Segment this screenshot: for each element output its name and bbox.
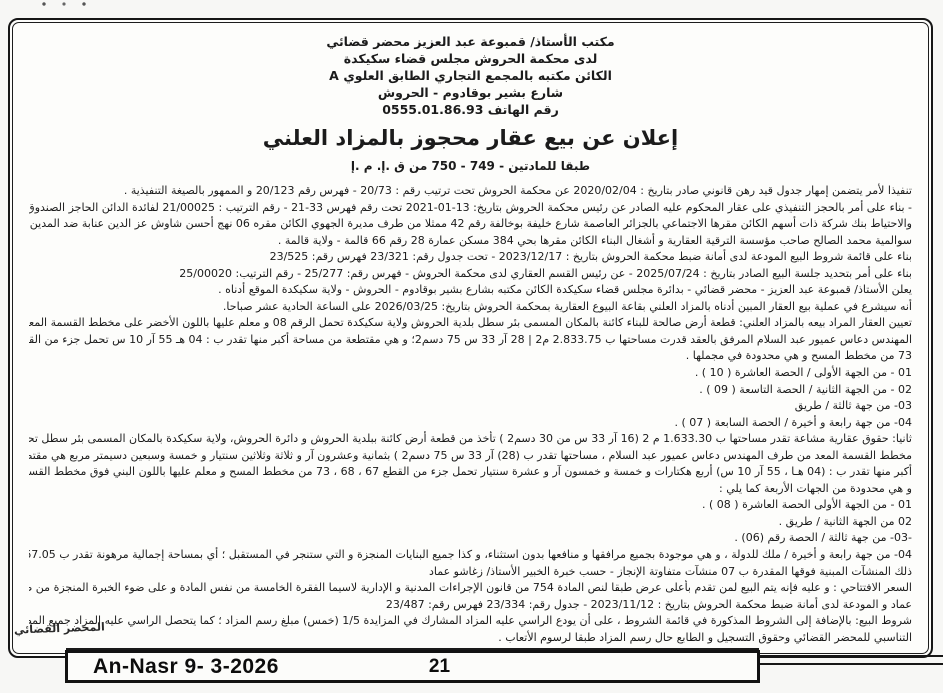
body-line-boundary-4: 04- من جهة رابعة و أخيرة / ملك للدولة ، …: [29, 547, 912, 564]
body-line: 73 من مخطط المسح و هي محدودة في مجملها .: [29, 348, 912, 365]
body-line-boundary-1: 01 - من الجهة الأولى / الحصة العاشرة ( 1…: [29, 365, 912, 382]
body-line: والاحتياط بنك شركة ذات أسهم الكائن مقرها…: [29, 216, 912, 233]
body-line: بناء على أمر بتحديد جلسة البيع الصادر بت…: [29, 266, 912, 283]
notice-body: تنفيذا لأمر يتضمن إمهار جدول قيد رهن قان…: [29, 183, 912, 646]
body-line: ذلك المنشآت المبنية فوقها المقدرة ب 07 م…: [29, 564, 912, 581]
body-line: تعيين العقار المراد بيعه بالمزاد العلني:…: [29, 315, 912, 332]
notice-frame: مكتب الأستاذ/ قمبوعة عبد العزيز محضر قضا…: [8, 18, 933, 658]
office-line: رقم الهاتف 0555.01.86.93: [29, 101, 912, 118]
body-line-boundary-3: -03- من جهة ثالثة / الحصة رقم (06) .: [29, 530, 912, 547]
notice-header: مكتب الأستاذ/ قمبوعة عبد العزيز محضر قضا…: [29, 33, 912, 174]
body-line-boundary-2: 02 - من الجهة الثانية / الحصة التاسعة ( …: [29, 382, 912, 399]
scanned-legal-notice: { "colors": { "ink": "#1b1b1b", "paper":…: [0, 0, 943, 693]
office-line: شارع بشير بوقادوم - الحروش: [29, 84, 912, 101]
body-line: مخطط القسمة المعد من طرف المهندس دعاس عم…: [29, 448, 912, 465]
body-line: يعلن الأستاذ/ قمبوعة عبد العزيز - محضر ق…: [29, 282, 912, 299]
body-line: تنفيذا لأمر يتضمن إمهار جدول قيد رهن قان…: [29, 183, 912, 200]
body-line: - بناء على أمر بالحجز التنفيذي على عقار …: [29, 200, 912, 217]
frame-bottom-rule: [758, 655, 943, 665]
body-line-boundary-4: 04- من جهة رابعة و أخيرة / الحصة السابعة…: [29, 415, 912, 432]
page-number: 21: [429, 656, 450, 678]
notice-content: مكتب الأستاذ/ قمبوعة عبد العزيز محضر قضا…: [12, 22, 929, 654]
body-line-boundary-2: 02 من الجهة الثانية / طريق .: [29, 514, 912, 531]
body-line: المهندس دعاس عميور عبد السلام المرفق بال…: [29, 332, 912, 349]
body-line: شروط البيع: بالإضافة إلى الشروط المذكورة…: [29, 613, 912, 630]
notice-subtitle: طبقا للمادتين - 749 - 750 من ق .إ. م .إ: [29, 158, 912, 174]
scan-artifact: [38, 2, 92, 7]
body-line-boundary-1: 01 - من الجهة الأولى الحصة العاشرة ( 08 …: [29, 497, 912, 514]
office-line: الكائن مكتبه بالمجمع التجاري الطابق العل…: [29, 67, 912, 84]
body-line: أكبر منها تقدر ب : (04 هـا ، 55 آر 10 س)…: [29, 464, 912, 481]
office-line: لدى محكمة الحروش مجلس قضاء سكيكدة: [29, 50, 912, 67]
body-line: ثانيا: حقوق عقارية مشاعة تقدر مساحتها ب …: [29, 431, 912, 448]
publication-name-date: An-Nasr 9- 3-2026: [93, 655, 279, 679]
body-line-boundary-3: 03- من جهة ثالثة / طريق: [29, 398, 912, 415]
newspaper-footer-bar: An-Nasr 9- 3-2026 21: [65, 650, 760, 683]
body-line: سوالمية محمد الصالح صاحب مؤسسة الترقية ا…: [29, 233, 912, 250]
office-line: مكتب الأستاذ/ قمبوعة عبد العزيز محضر قضا…: [29, 33, 912, 50]
body-line: و هي محدودة من الجهات الأربعة كما يلي :: [29, 481, 912, 498]
body-line: أنه سيشرع في عملية بيع العقار المبين أدن…: [29, 299, 912, 316]
body-line: التناسبي للمحضر القضائي وحقوق التسجيل و …: [29, 630, 912, 647]
notice-title: إعلان عن بيع عقار محجوز بالمزاد العلني: [29, 125, 912, 151]
body-line: السعر الافتتاحي : و عليه فإنه يتم البيع …: [29, 580, 912, 597]
body-line: بناء على قائمة شروط البيع المودعة لدى أم…: [29, 249, 912, 266]
body-line: عماد و المودعة لدى أمانة ضبط محكمة الحرو…: [29, 597, 912, 614]
